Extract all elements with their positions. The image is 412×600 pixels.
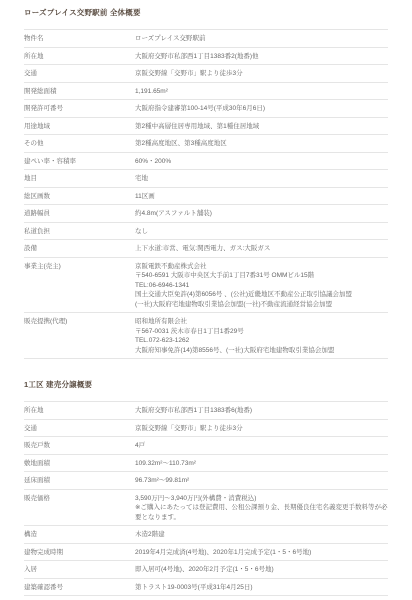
spec-row-label: 交通 bbox=[24, 69, 135, 79]
spec-row: 販売価格 3,590万円～3,940万円(外構費・消費税込)※ご購入にあたっては… bbox=[24, 490, 388, 527]
spec-row-label: 交通 bbox=[24, 424, 135, 434]
spec-row: 開発総面積 1,191.65m² bbox=[24, 83, 388, 101]
spec-row-label: 事業主(売主) bbox=[24, 262, 135, 272]
spec-row-label: 販売提携(代理) bbox=[24, 317, 135, 327]
spec-row-label: 開発許可番号 bbox=[24, 104, 135, 114]
value-line: 上下水道:市営、電気:関西電力、ガス:大阪ガス bbox=[135, 244, 388, 254]
value-line: 4戸 bbox=[135, 441, 388, 451]
spec-row-value: なし bbox=[135, 227, 388, 237]
value-line: 大阪府交野市私部西1丁目1383番2(地番)他 bbox=[135, 52, 388, 62]
spec-row-label: 販売価格 bbox=[24, 494, 135, 504]
value-line: (一社)大阪府宅地建物取引業協会加盟(一社)不動産流通経営協会加盟 bbox=[135, 300, 388, 310]
spec-row-label: 所在地 bbox=[24, 52, 135, 62]
value-line: 京阪電鉄不動産株式会社 bbox=[135, 262, 388, 272]
spec-row: 入居 即入居可(4号地)、2020年2月予定(1・5・6号地) bbox=[24, 561, 388, 579]
spec-row: 所在地 大阪府交野市私部西1丁目1383番6(地番) bbox=[24, 402, 388, 420]
spec-table: 物件名 ローズプレイス交野駅前 所在地 大阪府交野市私部西1丁目1383番2(地… bbox=[24, 29, 388, 359]
spec-row: 私道負担 なし bbox=[24, 223, 388, 241]
value-line: 3,590万円～3,940万円(外構費・消費税込) bbox=[135, 494, 388, 504]
spec-row-value: 109.32m²～110.73m² bbox=[135, 459, 388, 469]
spec-row-label: 総区画数 bbox=[24, 192, 135, 202]
value-line: 〒540-6591 大阪市中央区大手前1丁目7番31号 OMMビル15階 bbox=[135, 271, 388, 281]
value-line: 国土交通大臣免許(4)第6056号 、(公社)近畿地区不動産公正取引協議会加盟 bbox=[135, 290, 388, 300]
spec-row-value: 4戸 bbox=[135, 441, 388, 451]
section-title: ローズプレイス交野駅前 全体概要 bbox=[24, 8, 388, 29]
spec-row: 建物完成時期 2019年4月完成済(4号地)、2020年1月完成予定(1・5・6… bbox=[24, 544, 388, 562]
value-line: 昭和地所有限会社 bbox=[135, 317, 388, 327]
value-line: 96.73m²～99.81m² bbox=[135, 476, 388, 486]
spec-row: 建築確認番号 第トラスト19-0003号(平成31年4月25日) bbox=[24, 579, 388, 597]
value-line: なし bbox=[135, 227, 388, 237]
spec-row-value: 11区画 bbox=[135, 192, 388, 202]
value-line: 木造2階建 bbox=[135, 530, 388, 540]
spec-row: 物件名 ローズプレイス交野駅前 bbox=[24, 30, 388, 48]
spec-row-label: 敷地面積 bbox=[24, 459, 135, 469]
spec-row-value: 第トラスト19-0003号(平成31年4月25日) bbox=[135, 583, 388, 593]
spec-row-value: 約4.8m(アスファルト舗装) bbox=[135, 209, 388, 219]
value-line: TEL.072-623-1262 bbox=[135, 336, 388, 346]
spec-row: 販売提携(代理) 昭和地所有限会社〒567-0031 茨木市春日1丁目1番29号… bbox=[24, 313, 388, 359]
value-line: 大阪府交野市私部西1丁目1383番6(地番) bbox=[135, 406, 388, 416]
spec-row-value: 2019年4月完成済(4号地)、2020年1月完成予定(1・5・6号地) bbox=[135, 548, 388, 558]
spec-row-label: 用途地域 bbox=[24, 122, 135, 132]
spec-row-value: 上下水道:市営、電気:関西電力、ガス:大阪ガス bbox=[135, 244, 388, 254]
spec-row-label: 建築確認番号 bbox=[24, 583, 135, 593]
value-line: 即入居可(4号地)、2020年2月予定(1・5・6号地) bbox=[135, 565, 388, 575]
spec-row-value: 宅地 bbox=[135, 174, 388, 184]
value-line: ※ご購入にあたっては登記費用、公租公課預り金、長期優良住宅名義変更手数料等が必要… bbox=[135, 503, 388, 522]
value-line: 第2種高度地区、第3種高度地区 bbox=[135, 139, 388, 149]
value-line: 60%・200% bbox=[135, 157, 388, 167]
spec-row-label: 建ぺい率・容積率 bbox=[24, 157, 135, 167]
section-title: 1工区 建売分譲概要 bbox=[24, 380, 388, 401]
spec-row-value: 大阪府指令建審第100-14号(平成30年6月6日) bbox=[135, 104, 388, 114]
spec-row-label: 構造 bbox=[24, 530, 135, 540]
spec-row-label: 私道負担 bbox=[24, 227, 135, 237]
value-line: 大阪府指令建審第100-14号(平成30年6月6日) bbox=[135, 104, 388, 114]
value-line: 〒567-0031 茨木市春日1丁目1番29号 bbox=[135, 327, 388, 337]
spec-row-value: 京阪電鉄不動産株式会社〒540-6591 大阪市中央区大手前1丁目7番31号 O… bbox=[135, 262, 388, 310]
spec-row: 開発許可番号 大阪府指令建審第100-14号(平成30年6月6日) bbox=[24, 100, 388, 118]
spec-row-label: 延床面積 bbox=[24, 476, 135, 486]
spec-section: 1工区 建売分譲概要 所在地 大阪府交野市私部西1丁目1383番6(地番) 交通… bbox=[24, 380, 388, 596]
property-spec-page: ローズプレイス交野駅前 全体概要 物件名 ローズプレイス交野駅前 所在地 大阪府… bbox=[0, 0, 412, 596]
value-line: 第トラスト19-0003号(平成31年4月25日) bbox=[135, 583, 388, 593]
value-line: 約4.8m(アスファルト舗装) bbox=[135, 209, 388, 219]
spec-row: 交通 京阪交野線「交野市」駅より徒歩3分 bbox=[24, 420, 388, 438]
spec-section: ローズプレイス交野駅前 全体概要 物件名 ローズプレイス交野駅前 所在地 大阪府… bbox=[24, 8, 388, 359]
spec-row: 事業主(売主) 京阪電鉄不動産株式会社〒540-6591 大阪市中央区大手前1丁… bbox=[24, 258, 388, 314]
spec-row-value: 1,191.65m² bbox=[135, 87, 388, 97]
spec-row-value: 大阪府交野市私部西1丁目1383番2(地番)他 bbox=[135, 52, 388, 62]
spec-row: 総区画数 11区画 bbox=[24, 188, 388, 206]
sections-container: ローズプレイス交野駅前 全体概要 物件名 ローズプレイス交野駅前 所在地 大阪府… bbox=[24, 8, 388, 596]
spec-row-label: 開発総面積 bbox=[24, 87, 135, 97]
spec-row: 交通 京阪交野線「交野市」駅より徒歩3分 bbox=[24, 65, 388, 83]
value-line: 京阪交野線「交野市」駅より徒歩3分 bbox=[135, 69, 388, 79]
value-line: 大阪府知事免許(14)第8556号、(一社)大阪府宅地建物取引業協会加盟 bbox=[135, 346, 388, 356]
spec-row: 所在地 大阪府交野市私部西1丁目1383番2(地番)他 bbox=[24, 48, 388, 66]
spec-row-value: 昭和地所有限会社〒567-0031 茨木市春日1丁目1番29号TEL.072-6… bbox=[135, 317, 388, 355]
spec-row-value: 木造2階建 bbox=[135, 530, 388, 540]
spec-row-value: 即入居可(4号地)、2020年2月予定(1・5・6号地) bbox=[135, 565, 388, 575]
spec-row: 用途地域 第2種中高層住居専用地域、第1種住居地域 bbox=[24, 118, 388, 136]
spec-row-label: 入居 bbox=[24, 565, 135, 575]
spec-row-value: 第2種高度地区、第3種高度地区 bbox=[135, 139, 388, 149]
spec-row-value: ローズプレイス交野駅前 bbox=[135, 34, 388, 44]
spec-row-label: 地目 bbox=[24, 174, 135, 184]
spec-row: 敷地面積 109.32m²～110.73m² bbox=[24, 455, 388, 473]
spec-table: 所在地 大阪府交野市私部西1丁目1383番6(地番) 交通 京阪交野線「交野市」… bbox=[24, 401, 388, 596]
spec-row-label: 建物完成時期 bbox=[24, 548, 135, 558]
value-line: 宅地 bbox=[135, 174, 388, 184]
value-line: 京阪交野線「交野市」駅より徒歩3分 bbox=[135, 424, 388, 434]
spec-row-label: 所在地 bbox=[24, 406, 135, 416]
spec-row-value: 第2種中高層住居専用地域、第1種住居地域 bbox=[135, 122, 388, 132]
spec-row-label: 販売戸数 bbox=[24, 441, 135, 451]
spec-row-value: 大阪府交野市私部西1丁目1383番6(地番) bbox=[135, 406, 388, 416]
spec-row-value: 京阪交野線「交野市」駅より徒歩3分 bbox=[135, 424, 388, 434]
spec-row: 建ぺい率・容積率 60%・200% bbox=[24, 153, 388, 171]
spec-row-label: 物件名 bbox=[24, 34, 135, 44]
value-line: ローズプレイス交野駅前 bbox=[135, 34, 388, 44]
spec-row: 地目 宅地 bbox=[24, 170, 388, 188]
value-line: 第2種中高層住居専用地域、第1種住居地域 bbox=[135, 122, 388, 132]
spec-row-label: その他 bbox=[24, 139, 135, 149]
spec-row-value: 96.73m²～99.81m² bbox=[135, 476, 388, 486]
spec-row: 構造 木造2階建 bbox=[24, 526, 388, 544]
spec-row: 販売戸数 4戸 bbox=[24, 437, 388, 455]
value-line: 109.32m²～110.73m² bbox=[135, 459, 388, 469]
value-line: 1,191.65m² bbox=[135, 87, 388, 97]
spec-row-label: 設備 bbox=[24, 244, 135, 254]
spec-row: 道路幅員 約4.8m(アスファルト舗装) bbox=[24, 205, 388, 223]
spec-row-value: 京阪交野線「交野市」駅より徒歩3分 bbox=[135, 69, 388, 79]
spec-row-value: 3,590万円～3,940万円(外構費・消費税込)※ご購入にあたっては登記費用、… bbox=[135, 494, 388, 523]
spec-row: その他 第2種高度地区、第3種高度地区 bbox=[24, 135, 388, 153]
spec-row-value: 60%・200% bbox=[135, 157, 388, 167]
spec-row: 延床面積 96.73m²～99.81m² bbox=[24, 472, 388, 490]
spec-row-label: 道路幅員 bbox=[24, 209, 135, 219]
value-line: TEL:06-6946-1341 bbox=[135, 281, 388, 291]
value-line: 2019年4月完成済(4号地)、2020年1月完成予定(1・5・6号地) bbox=[135, 548, 388, 558]
value-line: 11区画 bbox=[135, 192, 388, 202]
spec-row: 設備 上下水道:市営、電気:関西電力、ガス:大阪ガス bbox=[24, 240, 388, 258]
